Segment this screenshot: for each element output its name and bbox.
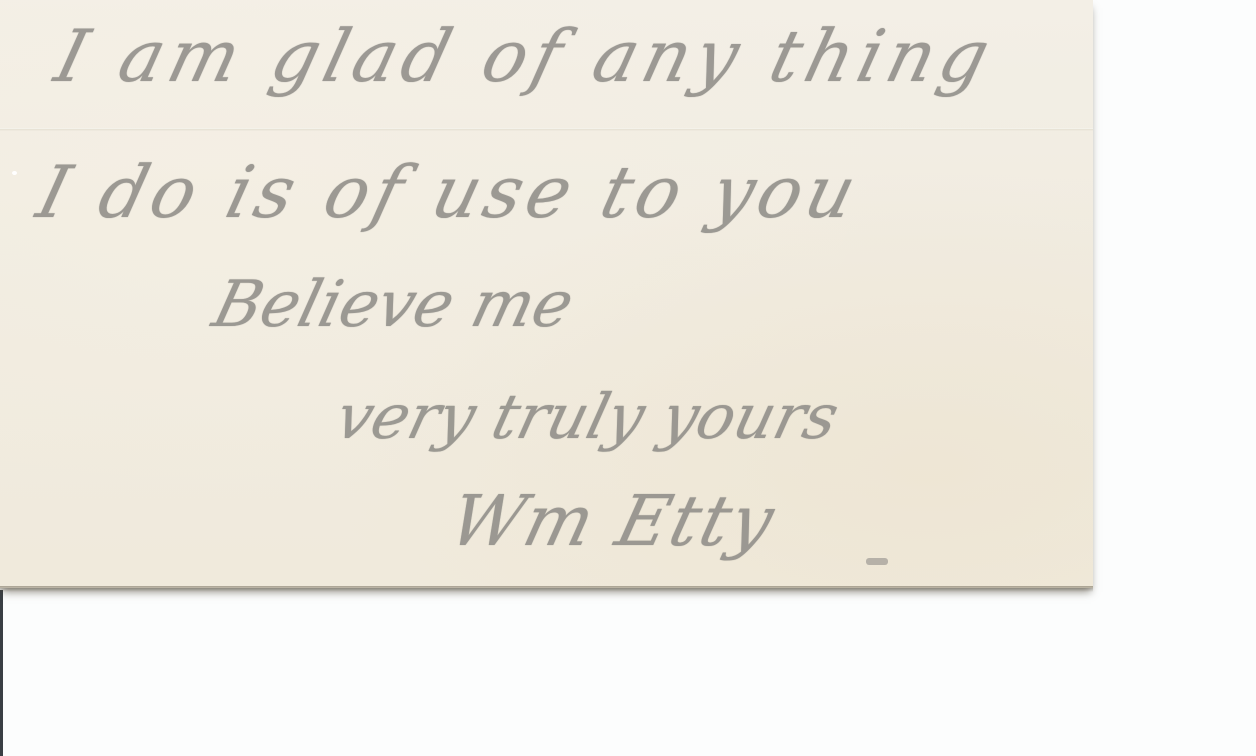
closing-line-believe-me: Believe me <box>206 268 581 342</box>
scan-canvas: I am glad of any thing I do is of use to… <box>0 0 1256 756</box>
handwritten-line-2: I do is of use to you <box>30 150 870 234</box>
handwritten-line-1: I am glad of any thing <box>48 14 1004 98</box>
paper-fold-crease <box>0 128 1093 131</box>
letter-paper: I am glad of any thing I do is of use to… <box>0 0 1093 588</box>
signature: Wm Etty <box>442 480 784 562</box>
signature-flourish-dash <box>866 558 888 565</box>
closing-line-very-truly-yours: very truly yours <box>329 380 846 453</box>
paper-speck <box>12 171 17 175</box>
scanner-edge <box>0 590 3 756</box>
